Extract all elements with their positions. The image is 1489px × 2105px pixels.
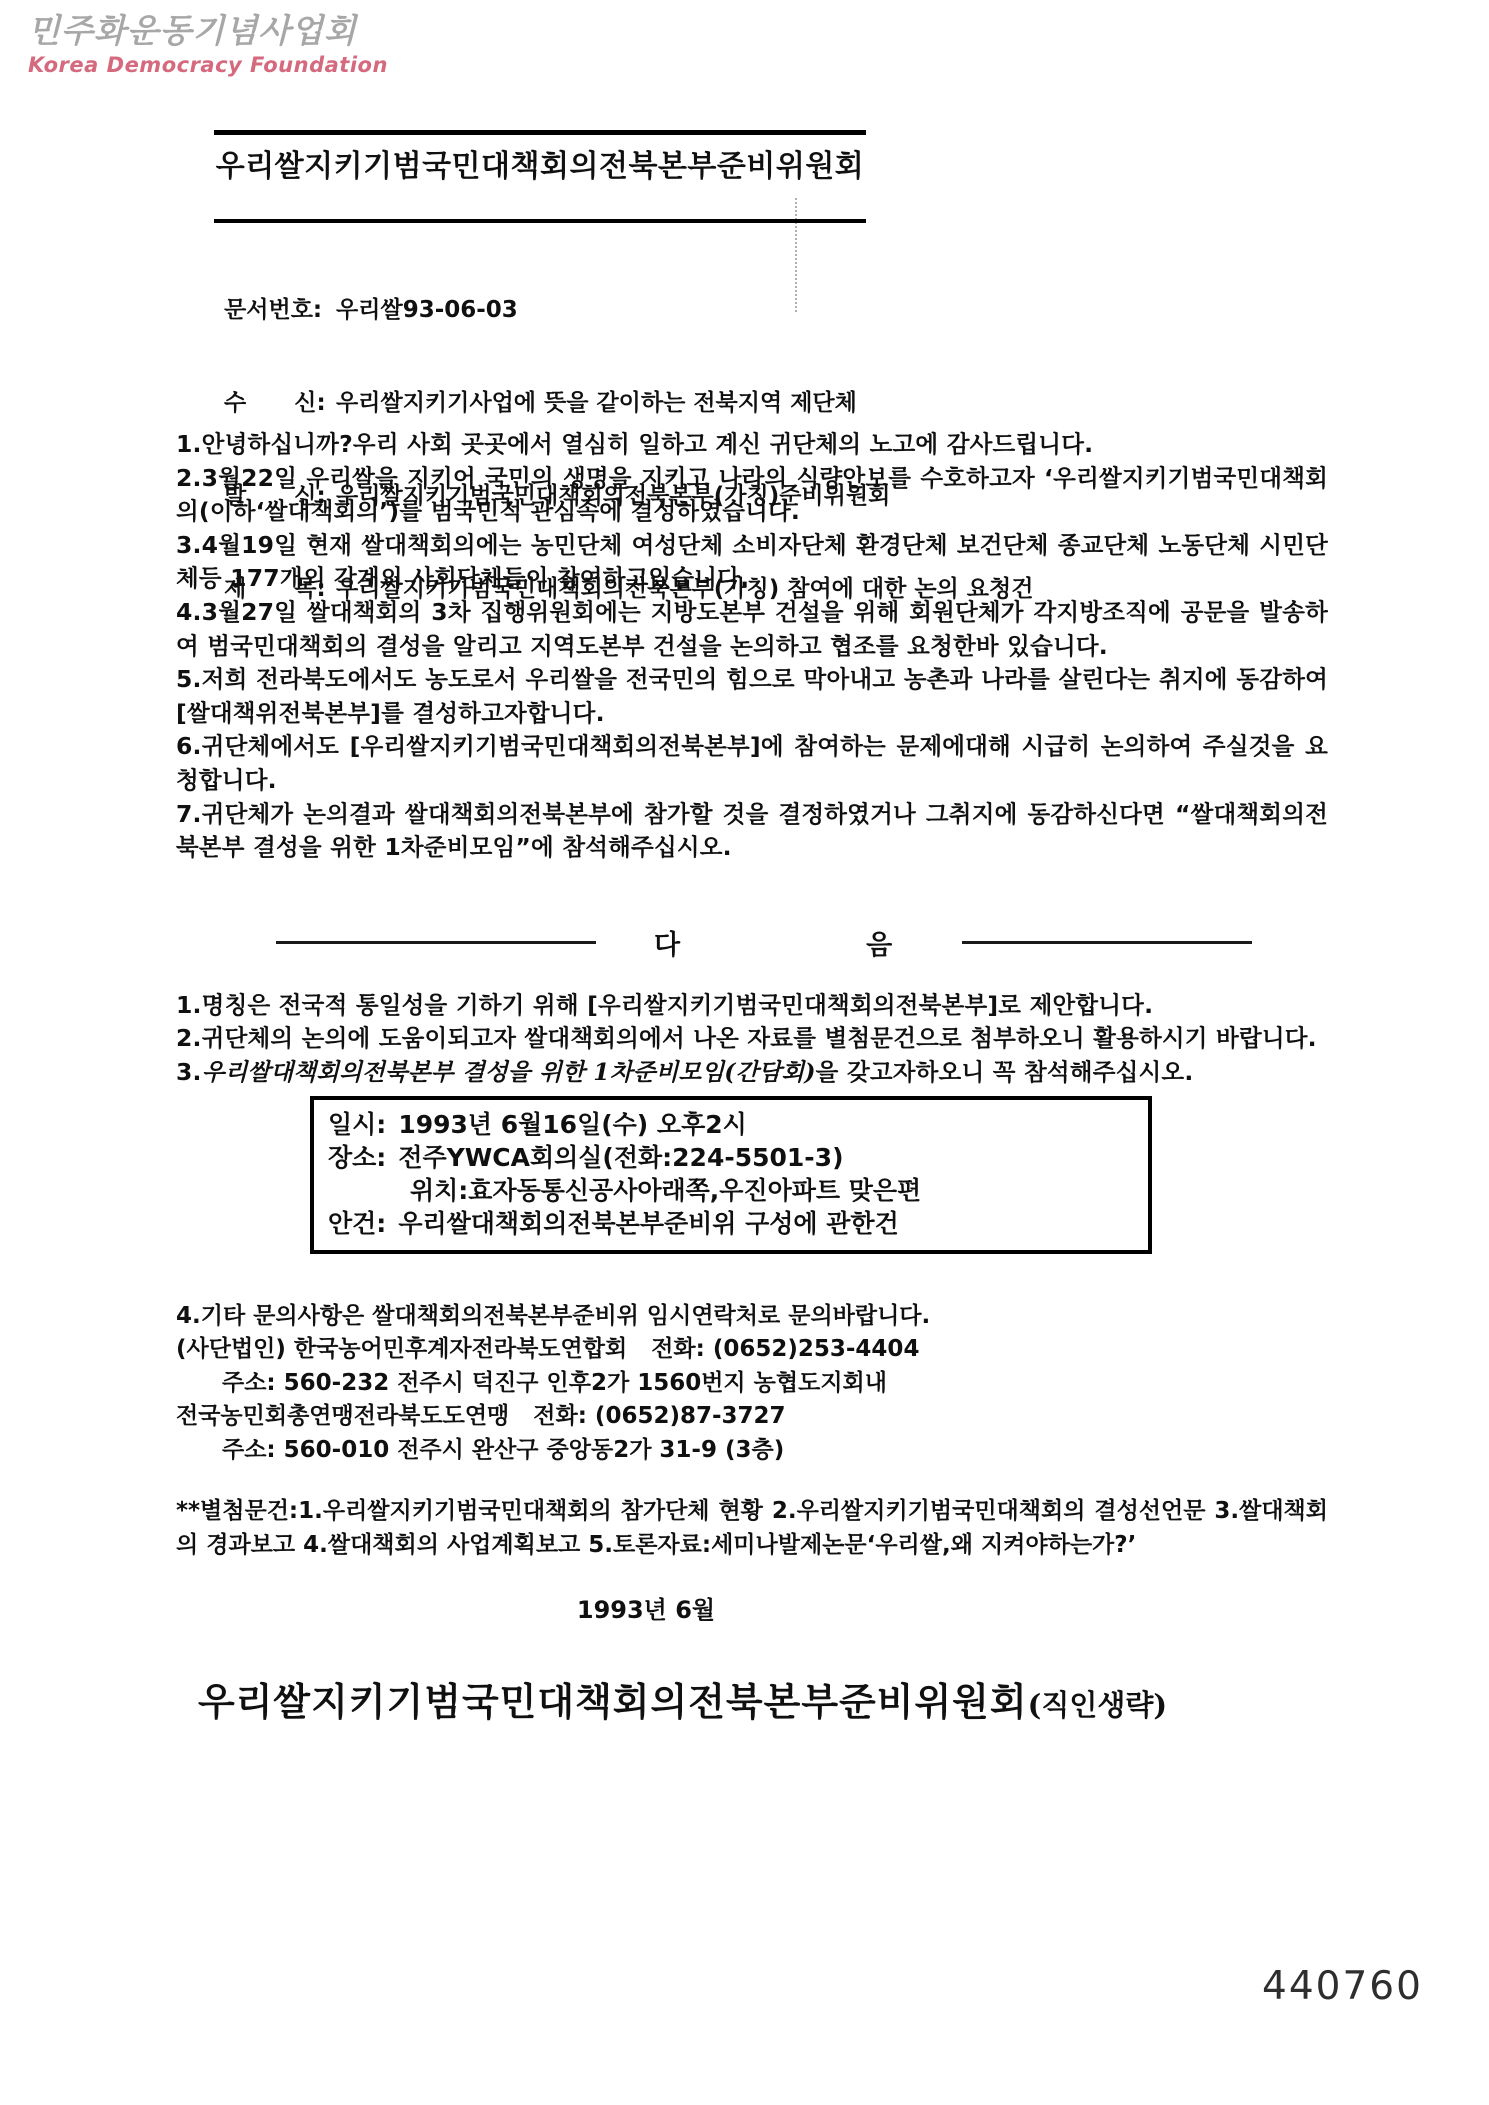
contact-org2-phone-line: 전국농민회총연맹전라북도도연맹 전화: (0652)87-3727 (176, 1400, 1328, 1434)
meta-row-doc-number: 문서번호:우리쌀93-06-03 (176, 264, 1033, 357)
signature-organization: 우리쌀지키기범국민대책회의전북본부준비위원회 (198, 1679, 1028, 1724)
meta-value: 우리쌀93-06-03 (336, 297, 518, 323)
divider-rule-right (962, 941, 1252, 944)
logo-english-text: Korea Democracy Foundation (28, 53, 388, 77)
title-bottom-rule (214, 219, 866, 223)
body-paragraph-1: 1.안녕하십니까?우리 사회 곳곳에서 열심히 일하고 계신 귀단체의 노고에 … (176, 428, 1328, 462)
meeting-agenda-value: 우리쌀대책회의전북본부준비위 구성에 관한건 (398, 1209, 898, 1238)
meeting-place-label: 장소: (328, 1143, 386, 1172)
contact-org1-phone-line: (사단법인) 한국농어민후계자전라북도연합회 전화: (0652)253-440… (176, 1333, 1328, 1367)
meeting-agenda-label: 안건: (328, 1209, 386, 1238)
second-list-item-3: 3.우리쌀대책회의전북본부 결성을 위한 1차준비모임(간담회)을 갖고자하오니… (176, 1056, 1328, 1090)
document-title: 우리쌀지키기범국민대책회의전북본부준비위원회 (214, 135, 866, 219)
document-title-block: 우리쌀지키기범국민대책회의전북본부준비위원회 (214, 130, 866, 223)
meta-label: 수 신: (224, 388, 336, 419)
meeting-agenda-line: 안건:우리쌀대책회의전북본부준비위 구성에 관한건 (328, 1207, 1134, 1240)
divider-char-da: 다 (654, 923, 680, 962)
second-list-item-1: 1.명칭은 전국적 통일성을 기하기 위해 [우리쌀지키기범국민대책회의전북본부… (176, 989, 1328, 1023)
body-paragraph-2: 2.3월22일 우리쌀을 지키어 국민의 생명을 지키고 나라의 식량안보를 수… (176, 462, 1328, 529)
item3-number: 3. (176, 1058, 202, 1086)
contact-intro-line: 4.기타 문의사항은 쌀대책회의전북본부준비위 임시연락처로 문의바랍니다. (176, 1300, 1328, 1334)
body-paragraph-4: 4.3월27일 쌀대책회의 3차 집행위원회에는 지방도본부 건설을 위해 회원… (176, 596, 1328, 663)
item3-emphasized-text: 우리쌀대책회의전북본부 결성을 위한 1차준비모임(간담회) (202, 1058, 816, 1086)
divider-char-eum: 음 (866, 923, 892, 962)
korea-democracy-foundation-logo: 민주화운동기념사업회 Korea Democracy Foundation (28, 12, 388, 77)
contact-org1-address-line: 주소: 560-232 전주시 덕진구 인후2가 1560번지 농협도지회내 (176, 1367, 1328, 1401)
contact-info-section: 4.기타 문의사항은 쌀대책회의전북본부준비위 임시연락처로 문의바랍니다. (… (176, 1300, 1328, 1468)
logo-korean-calligraphy: 민주화운동기념사업회 (28, 12, 388, 50)
meeting-place-value: 전주YWCA회의실(전화:224-5501-3) (398, 1143, 843, 1172)
attachments-note: **별첨문건:1.우리쌀지키기범국민대책회의 참가단체 현황 2.우리쌀지키기범… (176, 1495, 1328, 1562)
body-paragraph-5: 5.저희 전라북도에서도 농도로서 우리쌀을 전국민의 힘으로 막아내고 농촌과… (176, 663, 1328, 730)
body-paragraph-3: 3.4월19일 현재 쌀대책회의에는 농민단체 여성단체 소비자단체 환경단체 … (176, 529, 1328, 596)
meta-label: 문서번호: (224, 295, 336, 326)
daeum-section-divider: 다 음 (176, 925, 1328, 961)
meeting-datetime-line: 일시:1993년 6월16일(수) 오후2시 (328, 1108, 1134, 1141)
body-paragraph-6: 6.귀단체에서도 [우리쌀지키기범국민대책회의전북본부]에 참여하는 문제에대해… (176, 730, 1328, 797)
contact-org2-address-line: 주소: 560-010 전주시 완산구 중앙동2가 31-9 (3층) (176, 1434, 1328, 1468)
signature-line: 우리쌀지키기범국민대책회의전북본부준비위원회(직인생략) (176, 1671, 1328, 1726)
document-body: 1.안녕하십니까?우리 사회 곳곳에서 열심히 일하고 계신 귀단체의 노고에 … (176, 428, 1328, 1726)
archive-page-number: 440760 (1262, 1964, 1423, 2009)
body-paragraph-7: 7.귀단체가 논의결과 쌀대책회의전북본부에 참가할 것을 결정하였거나 그취지… (176, 798, 1328, 865)
divider-rule-left (276, 941, 596, 944)
second-numbered-list: 1.명칭은 전국적 통일성을 기하기 위해 [우리쌀지키기범국민대책회의전북본부… (176, 989, 1328, 1090)
second-list-item-2: 2.귀단체의 논의에 도움이되고자 쌀대책회의에서 나온 자료를 별첨문건으로 … (176, 1022, 1328, 1056)
meeting-location-value: 위치:효자동통신공사아래쪽,우진아파트 맞은편 (410, 1176, 921, 1205)
meeting-place-line: 장소:전주YWCA회의실(전화:224-5501-3) (328, 1141, 1134, 1174)
meeting-datetime-value: 1993년 6월16일(수) 오후2시 (398, 1110, 746, 1139)
meeting-info-box: 일시:1993년 6월16일(수) 오후2시 장소:전주YWCA회의실(전화:2… (310, 1096, 1152, 1254)
scanned-document-page: 민주화운동기념사업회 Korea Democracy Foundation 우리… (0, 0, 1489, 2105)
document-date: 1993년 6월 (176, 1590, 1116, 1625)
meeting-datetime-label: 일시: (328, 1110, 386, 1139)
meta-value: 우리쌀지키기사업에 뜻을 같이하는 전북지역 제단체 (336, 390, 857, 416)
meeting-location-line: 위치:효자동통신공사아래쪽,우진아파트 맞은편 (328, 1174, 1134, 1207)
item3-trailing-text: 을 갖고자하오니 꼭 참석해주십시오. (816, 1058, 1194, 1086)
signature-seal-omitted-note: (직인생략) (1028, 1688, 1168, 1722)
